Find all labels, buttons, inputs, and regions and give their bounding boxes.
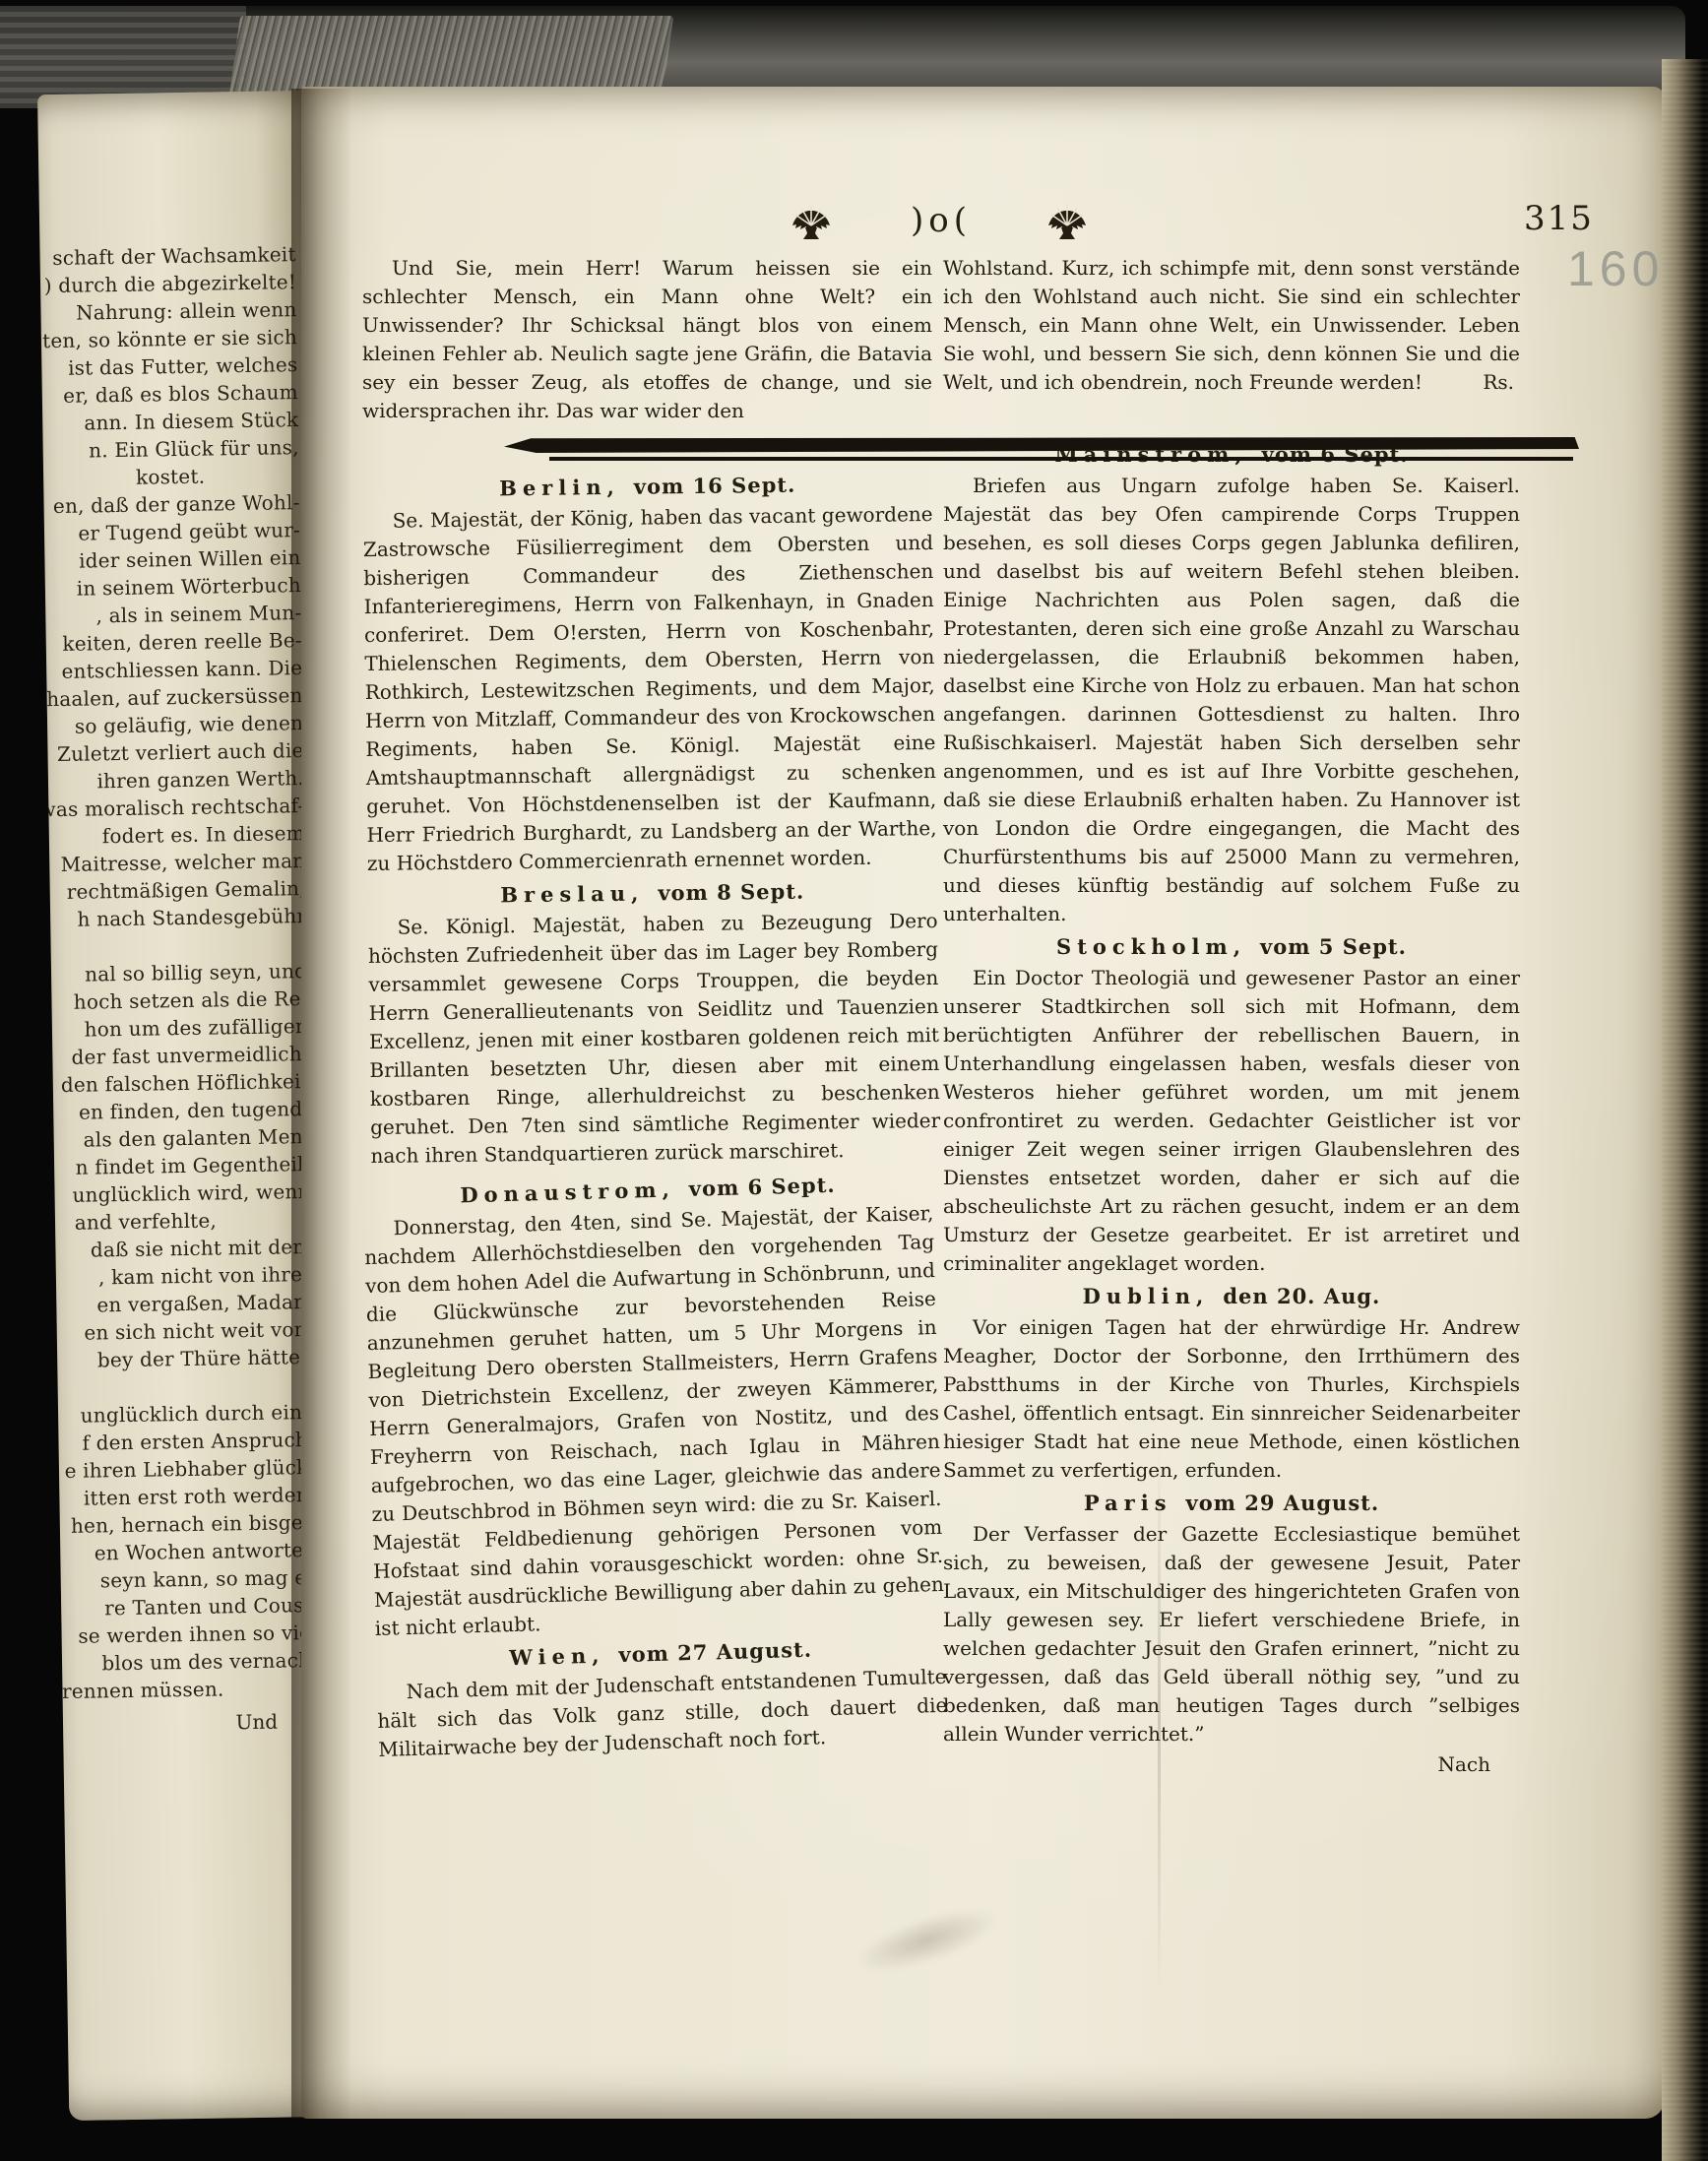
text-fragment-line: re Tanten und Cousi- bbox=[104, 1591, 317, 1621]
left-page-text-fragments: schaft der Wachsamkeit) durch die abgezi… bbox=[37, 91, 329, 1705]
article-body: Se. Majestät, der König, haben das vacan… bbox=[362, 500, 937, 878]
text-fragment-line: kostet. bbox=[136, 463, 206, 491]
text-fragment-line: en vergaßen, Madam bbox=[96, 1288, 312, 1318]
text-fragment-line: n. Ein Glück für uns, bbox=[89, 433, 299, 464]
article-donaustrom: Donaustrom,vom 6 Sept. Donnerstag, den 4… bbox=[362, 1168, 945, 1643]
left-page-catchword: Und bbox=[63, 1709, 329, 1737]
text-fragment-line: fodert es. In diesem bbox=[102, 819, 306, 850]
text-fragment-line: brennen müssen. bbox=[49, 1675, 224, 1705]
text-fragment-line: als den galanten Men- bbox=[83, 1122, 309, 1154]
text-fragment-line: ist das Futter, welches bbox=[68, 350, 298, 382]
text-fragment-line: entschliessen kann. Die bbox=[61, 654, 302, 685]
article-breslau: Breslau,vom 8 Sept. Se. Königl. Majestät… bbox=[367, 875, 941, 1171]
article-stockholm: Stockholm,vom 5 Sept. Ein Doctor Theolog… bbox=[943, 932, 1520, 1278]
text-fragment-line: ten, so könnte er sie sich bbox=[42, 323, 297, 354]
paper-crease bbox=[1158, 1445, 1161, 1997]
text-fragment-line: , als in seinem Mun- bbox=[95, 599, 301, 629]
dateline-date: vom 5 Sept. bbox=[1260, 934, 1407, 959]
text-fragment-line: h nach Standesgebühr bbox=[77, 902, 306, 933]
article-heading: Parisvom 29 August. bbox=[943, 1489, 1520, 1518]
shell-ornament-icon bbox=[1044, 199, 1090, 246]
article-body: Se. Königl. Majestät, haben zu Bezeugung… bbox=[367, 907, 940, 1171]
text-fragment-line: ihren ganzen Werth. bbox=[96, 764, 304, 794]
text-fragment-line: ider seinen Willen ein bbox=[79, 543, 301, 575]
text-fragment-line: hoch setzen als die Re- bbox=[74, 985, 308, 1016]
article-body: Ein Doctor Theologiä und gewesener Pasto… bbox=[943, 964, 1520, 1278]
text-fragment-line: der fast unvermeidlich, bbox=[71, 1040, 308, 1071]
text-fragment-line: hen, hernach ein bisgen bbox=[71, 1508, 316, 1540]
divider-space bbox=[943, 397, 1520, 436]
section-mark: )o( bbox=[897, 201, 985, 240]
dateline-date: vom 16 Sept. bbox=[634, 473, 796, 499]
text-fragment-line: en finden, den tugend- bbox=[79, 1095, 310, 1126]
text-fragment-line: unglücklich durch eine bbox=[80, 1398, 314, 1430]
text-fragment-line: e ihren Liebhaber glück- bbox=[64, 1453, 315, 1485]
text-fragment-line: keiten, deren reelle Be- bbox=[62, 626, 302, 658]
divider-bar bbox=[504, 437, 1579, 453]
article-heading: Stockholm,vom 5 Sept. bbox=[943, 932, 1520, 962]
header-ornaments: )o( bbox=[301, 197, 1665, 260]
dateline-date: vom 27 August. bbox=[618, 1637, 812, 1667]
text-fragment-line: en, daß der ganze Wohl- bbox=[53, 488, 300, 520]
text-fragment-line: was moralisch rechtschaf- bbox=[38, 792, 304, 823]
text-fragment-line: daß sie nicht mit dem bbox=[91, 1233, 312, 1264]
smudge-stain bbox=[850, 1896, 1004, 1985]
text-fragment-line: unglücklich wird, wenn bbox=[72, 1177, 311, 1209]
text-fragment-line: er, daß es blos Schaum bbox=[63, 378, 298, 410]
page-stack-edge bbox=[1662, 59, 1708, 2161]
text-fragment-line: n findet im Gegentheil, bbox=[75, 1150, 310, 1181]
shell-ornament-icon bbox=[789, 199, 834, 246]
dateline-date: vom 8 Sept. bbox=[658, 879, 804, 906]
catchword: Nach bbox=[943, 1750, 1520, 1779]
text-fragment-line: itten erst roth werden, bbox=[84, 1481, 316, 1512]
right-column: Wohlstand. Kurz, ich schimpfe mit, denn … bbox=[943, 254, 1520, 1779]
article-continuation-right: Wohlstand. Kurz, ich schimpfe mit, denn … bbox=[943, 254, 1520, 397]
dateline-place: Breslau, bbox=[500, 881, 644, 908]
article-heading: Berlin,vom 16 Sept. bbox=[362, 469, 932, 505]
signature: Rs. bbox=[1483, 368, 1520, 397]
text-fragment-line: f den ersten Anspruch, bbox=[82, 1426, 315, 1457]
dateline-place: Berlin, bbox=[499, 475, 620, 500]
article-wien: Wien,vom 27 August. Nach dem mit der Jud… bbox=[375, 1631, 948, 1764]
article-mainstrom: Mainstrom,vom 6 Sept. Briefen aus Ungarn… bbox=[943, 440, 1520, 928]
text-fragment-line: and verfehlte, bbox=[75, 1207, 218, 1237]
dateline-place: Donaustrom, bbox=[460, 1176, 675, 1207]
dateline-place: Stockholm, bbox=[1056, 934, 1246, 959]
text-fragment-line: rechtmäßigen Gemalin, bbox=[67, 874, 306, 906]
text-fragment-line: blos um des vernach- bbox=[101, 1646, 318, 1677]
text-fragment-line: , kam nicht von ihrer bbox=[98, 1260, 312, 1291]
dateline-date: vom 29 August. bbox=[1186, 1491, 1380, 1515]
text-fragment-line: seyn kann, so mag es bbox=[100, 1563, 317, 1594]
text-fragment-line: den falschen Höflichkeit bbox=[61, 1067, 309, 1099]
left-column: Und Sie, mein Herr! Warum heissen sie ei… bbox=[362, 254, 932, 1779]
text-fragment-line: in seinem Wörterbuch bbox=[77, 571, 302, 603]
text-fragment-line: en Wochen antworten bbox=[94, 1536, 316, 1567]
text-columns: Und Sie, mein Herr! Warum heissen sie ei… bbox=[362, 254, 1583, 1779]
article-body: Der Verfasser der Gazette Ecclesiastique… bbox=[943, 1520, 1520, 1748]
article-heading: Breslau,vom 8 Sept. bbox=[367, 875, 937, 912]
text-fragment-line: se werden ihnen so viel bbox=[78, 1619, 318, 1650]
text-fragment-line: so geläufig, wie denen bbox=[75, 709, 304, 740]
book-scan: schaft der Wachsamkeit) durch die abgezi… bbox=[0, 0, 1708, 2161]
text-fragment-line: hon um des zufälligen bbox=[84, 1012, 308, 1044]
article-dublin: Dublin,den 20. Aug. Vor einigen Tagen ha… bbox=[943, 1282, 1520, 1485]
continuation-text: Wohlstand. Kurz, ich schimpfe mit, denn … bbox=[943, 256, 1520, 394]
dateline-place: Dublin, bbox=[1083, 1284, 1210, 1308]
text-fragment-line: en sich nicht weit vom bbox=[84, 1315, 313, 1347]
dateline-date: vom 6 Sept. bbox=[688, 1173, 836, 1201]
section-divider bbox=[504, 437, 1579, 461]
text-fragment-line: er Tugend geübt wur- bbox=[78, 516, 300, 547]
text-fragment-line: ann. In diesem Stück bbox=[84, 406, 298, 436]
article-body: Donnerstag, den 4ten, sind Se. Majestät,… bbox=[363, 1199, 945, 1643]
article-body: Nach dem mit der Judenschaft entstandene… bbox=[376, 1663, 948, 1764]
article-berlin: Berlin,vom 16 Sept. Se. Majestät, der Kö… bbox=[362, 469, 937, 878]
text-fragment-line: schaft der Wachsamkeit bbox=[52, 240, 296, 272]
right-page: )o( 315 160 Und Sie, mein Herr! Wa bbox=[301, 87, 1665, 2119]
article-paris: Parisvom 29 August. Der Verfasser der Ga… bbox=[943, 1489, 1520, 1779]
text-fragment-line: bey der Thüre hätten bbox=[97, 1343, 314, 1373]
text-fragment-line: Nahrung: allein wenn bbox=[76, 295, 297, 327]
article-body: Vor einigen Tagen hat der ehrwürdige Hr.… bbox=[943, 1313, 1520, 1485]
text-fragment-line: ) durch die abgezirkelte! bbox=[44, 268, 297, 299]
article-heading: Dublin,den 20. Aug. bbox=[943, 1282, 1520, 1311]
page-number: 315 bbox=[1524, 199, 1594, 238]
dateline-date: den 20. Aug. bbox=[1223, 1284, 1380, 1308]
divider-rule bbox=[549, 457, 1573, 461]
dateline-place: Wien, bbox=[509, 1642, 605, 1670]
text-fragment-line: Maitresse, welcher man bbox=[60, 847, 305, 878]
article-body: Briefen aus Ungarn zufolge haben Se. Kai… bbox=[943, 472, 1520, 928]
article-continuation-left: Und Sie, mein Herr! Warum heissen sie ei… bbox=[362, 254, 932, 425]
text-fragment-line: haalen, auf zuckersüssen bbox=[46, 681, 303, 713]
text-fragment-line: Zuletzt verliert auch die bbox=[57, 736, 304, 768]
left-page-partial: schaft der Wachsamkeit) durch die abgezi… bbox=[37, 91, 335, 2121]
text-fragment-line: nal so billig seyn, und bbox=[85, 957, 307, 988]
